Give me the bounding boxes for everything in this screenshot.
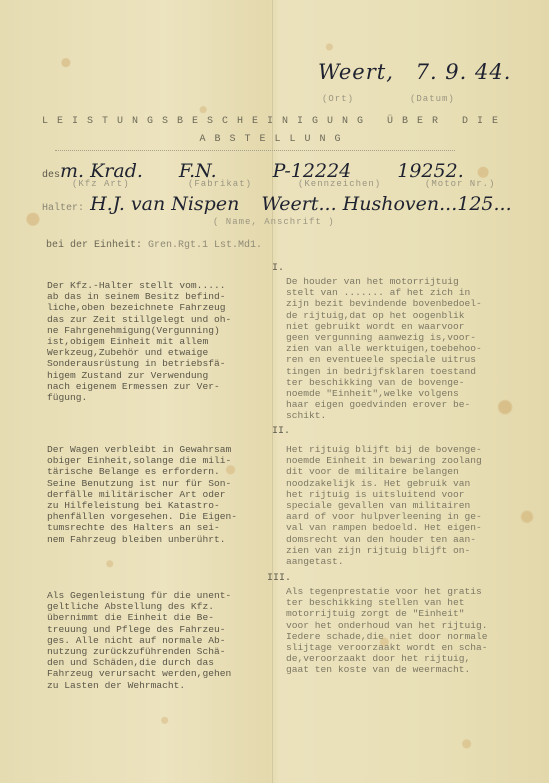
section-numeral-3: III.	[267, 573, 291, 584]
document-title: LEISTUNGSBESCHEINIGUNG ÜBER DIE	[0, 116, 549, 127]
vehicle-prefix: des	[42, 170, 60, 181]
halter-name-value: H.J. van Nispen	[90, 193, 239, 215]
place-date-line: Weert, 7. 9. 44.	[318, 60, 525, 84]
title-divider	[55, 150, 455, 151]
einheit-value: Gren.Rgt.1 Lst.Md1.	[148, 240, 262, 251]
section-3-dutch-text: Als tegenprestatie voor het gratis ter b…	[286, 586, 488, 676]
place-value: Weert,	[318, 60, 394, 84]
halter-row: Halter: H.J. van NispenWeert... Hushoven…	[42, 193, 512, 215]
section-2-german-text: Der Wagen verbleibt in Gewahrsam obiger …	[47, 444, 237, 545]
section-2-dutch-text: Het rijtuig blijft bij de bovenge- noemd…	[286, 444, 482, 567]
einheit-line: bei der Einheit: Gren.Rgt.1 Lst.Md1.	[46, 240, 262, 251]
einheit-label: bei der Einheit:	[46, 240, 142, 251]
kfz-art-label: (Kfz Art)	[72, 179, 130, 189]
section-1-german-text: Der Kfz.-Halter stellt vom..... ab das i…	[47, 280, 231, 403]
date-label: (Datum)	[410, 94, 455, 104]
section-3-german-text: Als Gegenleistung für die unent- geltlic…	[47, 590, 231, 691]
halter-address-value: Weert... Hushoven...125...	[261, 193, 511, 215]
section-1-dutch-text: De houder van het motorrijtuig stelt van…	[286, 276, 482, 422]
document-subtitle: ABSTELLUNG	[0, 134, 549, 145]
kennzeichen-label: (Kennzeichen)	[298, 179, 381, 189]
halter-prefix: Halter:	[42, 203, 84, 214]
place-label: (Ort)	[322, 94, 354, 104]
motor-nr-label: (Motor Nr.)	[425, 179, 495, 189]
section-numeral-2: II.	[272, 426, 290, 437]
date-value: 7. 9. 44.	[416, 60, 512, 84]
section-numeral-1: I.	[272, 263, 284, 274]
fabrikat-label: (Fabrikat)	[188, 179, 252, 189]
halter-label: ( Name, Anschrift )	[213, 217, 335, 227]
